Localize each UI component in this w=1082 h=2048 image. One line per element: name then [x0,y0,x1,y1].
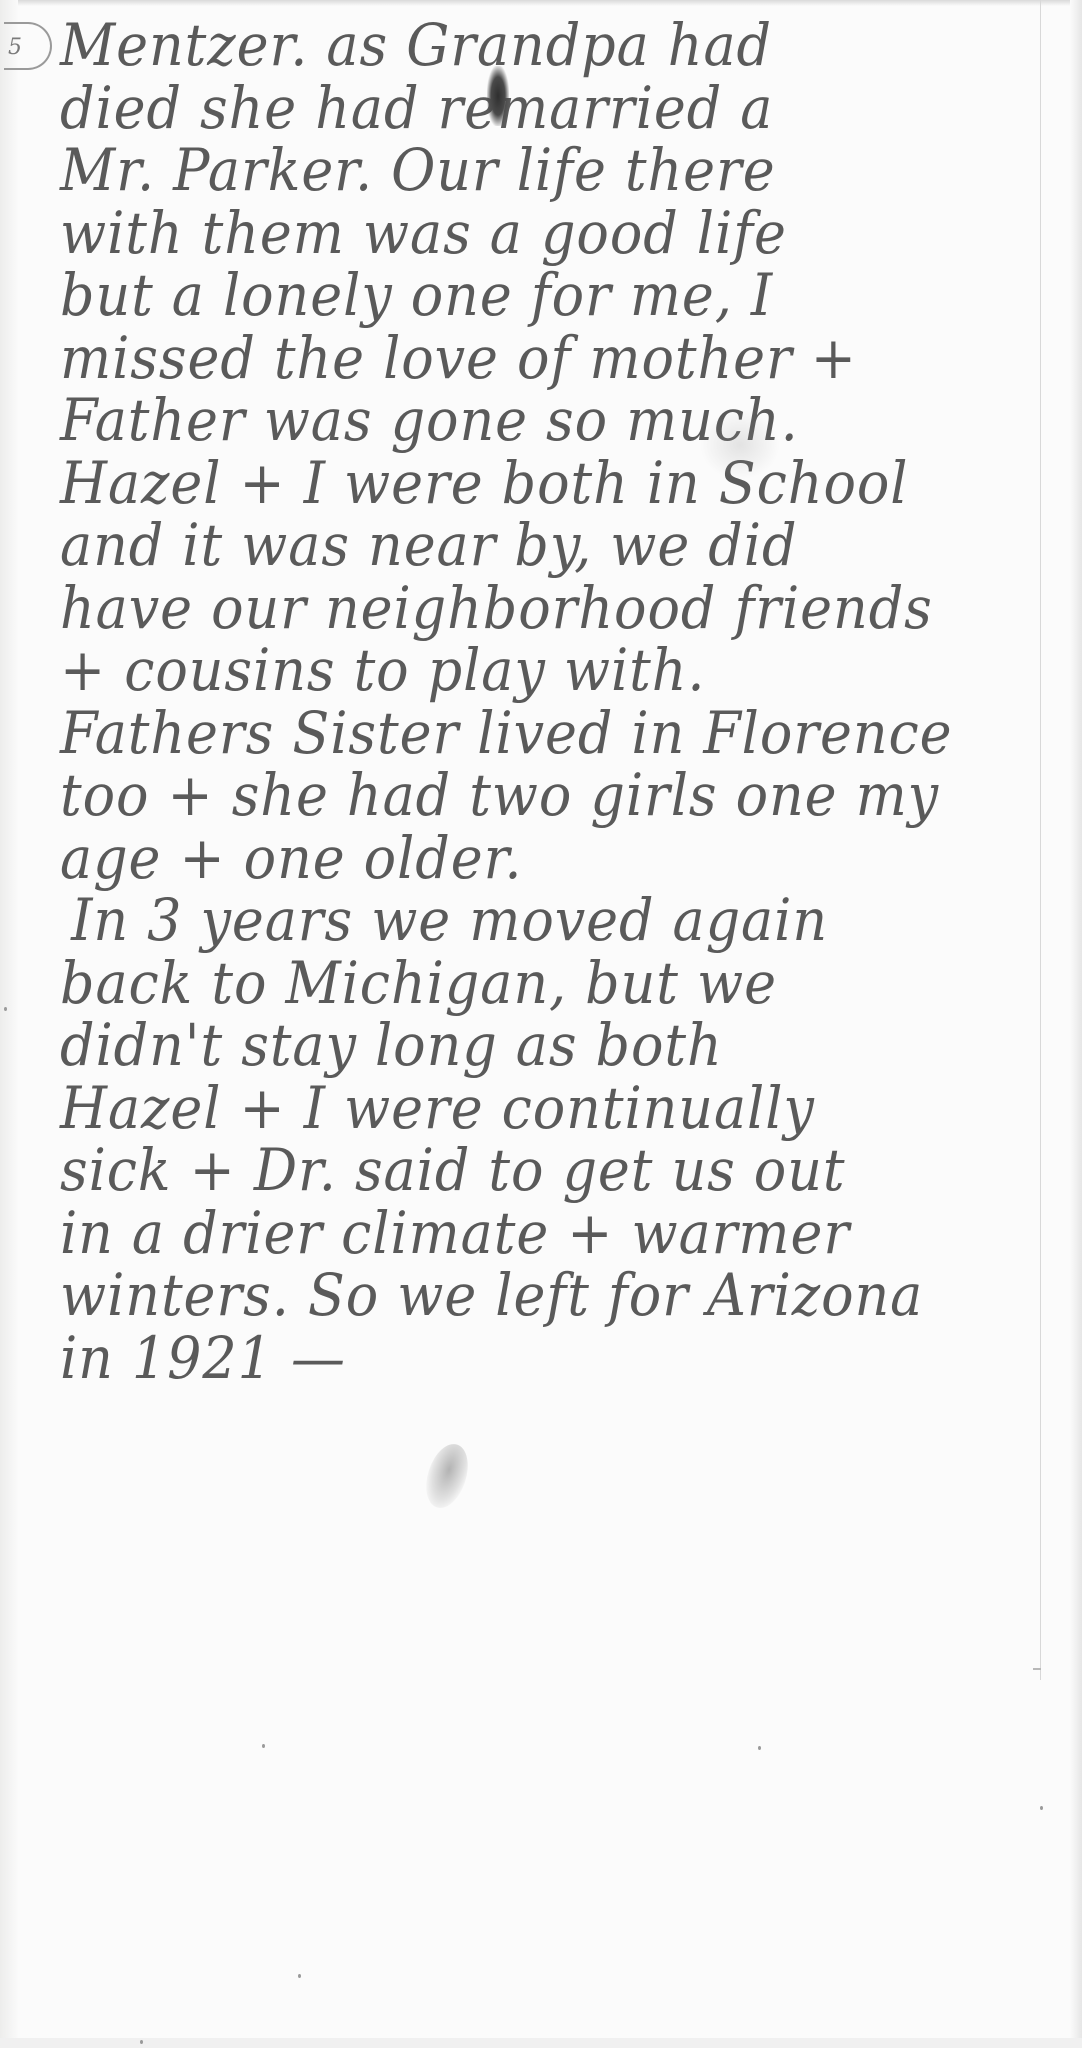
scan-bottom-edge [0,2038,1082,2048]
page-fold-line [1040,0,1041,1680]
text-line: Mentzer. as Grandpa had [60,14,971,77]
scanned-page: 5 Mentzer. as Grandpa had died she had r… [0,0,1082,2048]
text-line: but a lonely one for me, I [60,264,971,327]
scan-top-shadow [0,0,1082,6]
paper-speck [262,1744,265,1748]
scan-right-edge [1070,0,1082,2048]
text-line: + cousins to play with. [60,639,971,702]
text-line: died she had remarried a [60,77,971,140]
text-line: in 1921 — [60,1327,971,1390]
text-line: Fathers Sister lived in Florence [60,702,971,765]
text-line: in a drier climate + warmer [60,1202,971,1265]
pencil-smudge [700,410,780,480]
page-fold-corner [1033,1668,1041,1670]
text-line: with them was a good life [60,202,971,265]
text-line: Father was gone so much. [60,389,971,452]
paper-speck [4,1007,7,1011]
text-line: sick + Dr. said to get us out [60,1139,971,1202]
handwritten-text: Mentzer. as Grandpa had died she had rem… [60,14,1040,1389]
text-line: too + she had two girls one my [60,764,971,827]
text-line: winters. So we left for Arizona [60,1264,971,1327]
text-line: Mr. Parker. Our life there [60,139,971,202]
text-line: Hazel + I were both in School [60,452,971,515]
scan-left-shadow [0,0,18,2048]
text-line: In 3 years we moved again [60,889,971,952]
text-line: didn't stay long as both [60,1014,971,1077]
pencil-smudge [419,1439,476,1514]
text-line: and it was near by, we did [60,514,971,577]
text-line: have our neighborhood friends [60,577,971,640]
text-line: missed the love of mother + [60,327,971,390]
paper-speck [1040,1806,1043,1810]
text-line: age + one older. [60,827,971,890]
paper-speck [298,1974,301,1978]
ink-blot [487,66,509,126]
paper-speck [140,2040,143,2044]
circled-page-number: 5 [4,22,52,70]
text-line: back to Michigan, but we [60,952,971,1015]
text-line: Hazel + I were continually [60,1077,971,1140]
paper-speck [758,1746,761,1750]
